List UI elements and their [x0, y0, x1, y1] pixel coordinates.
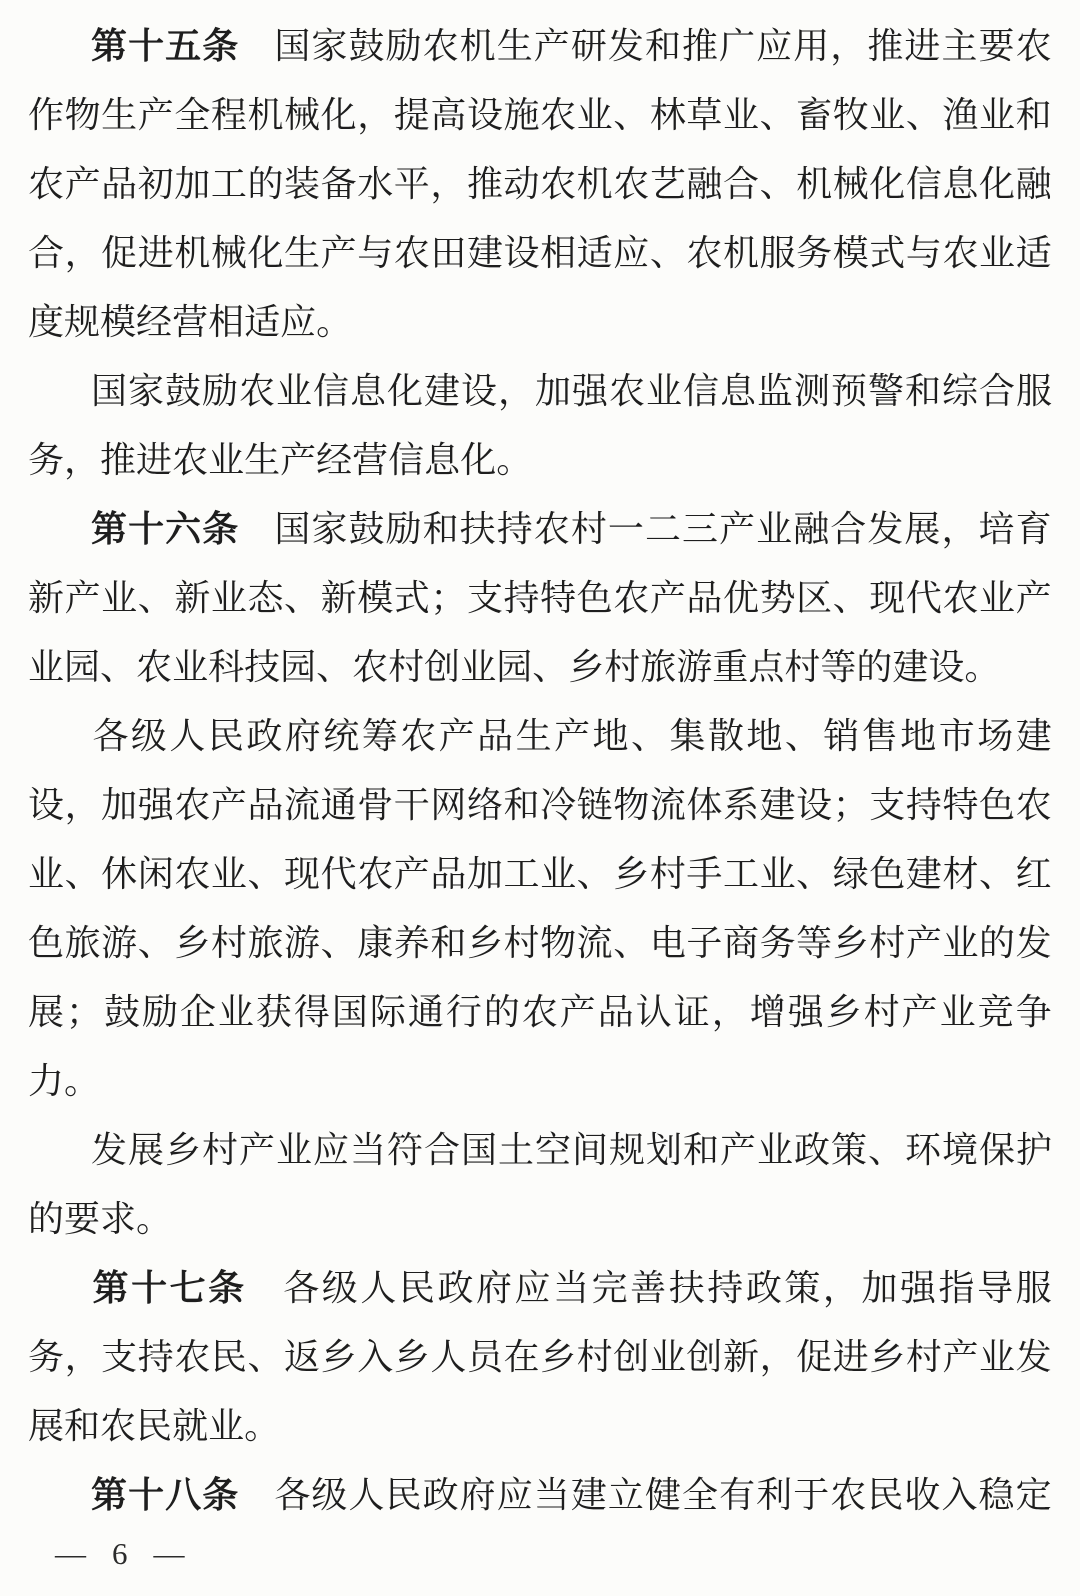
- page-number: 6: [112, 1538, 128, 1569]
- glyph: 业: [211, 580, 247, 616]
- glyph: 机: [247, 97, 283, 133]
- glyph: 建: [571, 1477, 607, 1513]
- article-heading-line: 第十五条国家鼓励农机生产研发和推广应用，推进主要农: [28, 11, 1052, 80]
- glyph: 服: [1016, 373, 1052, 409]
- glyph: 。: [136, 1201, 172, 1237]
- glyph: 企: [180, 994, 216, 1030]
- footer-dash-right: —: [154, 1538, 185, 1569]
- glyph: 鼓: [348, 28, 384, 64]
- glyph: 证: [674, 994, 710, 1030]
- glyph: 售: [862, 718, 898, 754]
- glyph: 村: [577, 1339, 613, 1375]
- glyph: 集: [669, 718, 705, 754]
- glyph: 的: [979, 925, 1015, 961]
- glyph: 加: [174, 166, 210, 202]
- text-line: 度规模经营相适应。: [28, 287, 1052, 356]
- glyph: 、: [247, 856, 283, 892]
- glyph: 机: [577, 166, 613, 202]
- glyph: 环: [905, 1132, 941, 1168]
- glyph: 息: [720, 373, 756, 409]
- indent-spacer: [28, 390, 90, 391]
- glyph: 第: [91, 511, 127, 547]
- glyph: 村: [202, 1132, 238, 1168]
- glyph: 园: [64, 649, 100, 685]
- glyph: 推: [867, 28, 903, 64]
- glyph: 工: [211, 166, 247, 202]
- glyph: 息: [350, 373, 386, 409]
- glyph: 水: [357, 166, 393, 202]
- glyph: 渔: [942, 97, 978, 133]
- glyph: 养: [394, 925, 430, 961]
- glyph: 施: [504, 97, 540, 133]
- glyph: 红: [1016, 856, 1052, 892]
- glyph: 国: [274, 28, 310, 64]
- glyph: 化: [979, 166, 1015, 202]
- glyph: 民: [386, 1477, 422, 1513]
- glyph: 新: [723, 1339, 759, 1375]
- glyph: 民: [211, 1339, 247, 1375]
- glyph: ，: [941, 511, 977, 547]
- glyph: 品: [686, 580, 722, 616]
- glyph: 化: [321, 97, 357, 133]
- glyph: 系: [723, 787, 759, 823]
- glyph: 流: [650, 787, 686, 823]
- glyph: 。: [64, 1063, 100, 1099]
- text-line: 展；鼓励企业获得国际通行的农产品认证，增强乡村产业竞争: [28, 977, 1052, 1046]
- paragraph: 发展乡村产业应当符合国土空间规划和产业政策、环境保护的要求。: [28, 1115, 1052, 1253]
- glyph: 业: [208, 1408, 244, 1444]
- glyph: 农: [609, 373, 645, 409]
- glyph: 适: [1016, 235, 1052, 271]
- glyph: 级: [311, 1477, 347, 1513]
- glyph: ，: [712, 994, 748, 1030]
- glyph: 业: [940, 994, 976, 1030]
- glyph: 十: [128, 1477, 164, 1513]
- glyph: 应: [280, 304, 316, 340]
- glyph: 业: [723, 97, 759, 133]
- footer-dash-left: —: [55, 1538, 86, 1569]
- glyph: 建: [424, 373, 460, 409]
- glyph: 业: [28, 649, 64, 685]
- glyph: 培: [979, 511, 1015, 547]
- glyph: 各: [92, 718, 128, 754]
- indent-spacer: [28, 528, 90, 529]
- glyph: 等: [820, 649, 856, 685]
- glyph: 田: [430, 235, 466, 271]
- glyph: 统: [323, 718, 359, 754]
- glyph: 建: [467, 235, 503, 271]
- glyph: 重: [712, 649, 748, 685]
- glyph: 政: [423, 1477, 459, 1513]
- glyph: 业: [218, 994, 254, 1030]
- glyph: ，: [65, 235, 101, 271]
- glyph: 初: [138, 166, 174, 202]
- glyph: 技: [244, 649, 280, 685]
- glyph: 、: [577, 856, 613, 892]
- glyph: 化: [247, 235, 283, 271]
- glyph: 第: [91, 1477, 127, 1513]
- glyph: 条: [202, 1477, 238, 1513]
- glyph: 产: [65, 166, 101, 202]
- text-line: 色旅游、乡村旅游、康养和乡村物流、电子商务等乡村产业的发: [28, 908, 1052, 977]
- glyph: 骨: [357, 787, 393, 823]
- glyph: 健: [645, 1477, 681, 1513]
- glyph: 特: [540, 580, 576, 616]
- glyph: 家: [311, 511, 347, 547]
- glyph: 农: [522, 994, 558, 1030]
- glyph: 平: [394, 166, 430, 202]
- text-line: 发展乡村产业应当符合国土空间规划和产业政策、环境保护: [28, 1115, 1052, 1184]
- glyph: 科: [208, 649, 244, 685]
- glyph: 化: [460, 442, 496, 478]
- glyph: 农: [239, 373, 275, 409]
- glyph: 业: [211, 856, 247, 892]
- glyph: 备: [321, 166, 357, 202]
- glyph: 府: [285, 718, 321, 754]
- glyph: 机: [174, 235, 210, 271]
- glyph: 一: [608, 511, 644, 547]
- indent-spacer: [28, 1494, 90, 1495]
- glyph: 善: [630, 1270, 666, 1306]
- glyph: 农: [174, 856, 210, 892]
- paragraph: 第十五条国家鼓励农机生产研发和推广应用，推进主要农作物生产全程机械化，提高设施农…: [28, 11, 1052, 356]
- glyph: 民: [867, 1477, 903, 1513]
- glyph: 土: [498, 1132, 534, 1168]
- glyph: 品: [598, 994, 634, 1030]
- glyph: 模: [833, 235, 869, 271]
- glyph: 代: [906, 580, 942, 616]
- glyph: 务: [760, 925, 796, 961]
- glyph: 业: [276, 1132, 312, 1168]
- glyph: 得: [294, 994, 330, 1030]
- glyph: 要: [979, 28, 1015, 64]
- text-line: 合，促进机械化生产与农田建设相适应、农机服务模式与农业适: [28, 218, 1052, 287]
- glyph: 链: [577, 787, 613, 823]
- glyph: 用: [793, 28, 829, 64]
- glyph: 融: [686, 166, 722, 202]
- glyph: 和: [905, 373, 941, 409]
- glyph: 服: [760, 235, 796, 271]
- glyph: 流: [577, 925, 613, 961]
- glyph: 品: [430, 856, 466, 892]
- document-body: 第十五条国家鼓励农机生产研发和推广应用，推进主要农作物生产全程机械化，提高设施农…: [28, 11, 1052, 1529]
- heading-gap: [239, 1494, 273, 1495]
- glyph: 人: [430, 1339, 466, 1375]
- glyph: 各: [274, 1477, 310, 1513]
- glyph: ，: [430, 166, 466, 202]
- glyph: 人: [360, 1270, 396, 1306]
- glyph: 业: [101, 580, 137, 616]
- glyph: 警: [868, 373, 904, 409]
- glyph: 展: [128, 1132, 164, 1168]
- paragraph: 第十七条各级人民政府应当完善扶持政策，加强指导服务，支持农民、返乡入乡人员在乡村…: [28, 1253, 1052, 1460]
- glyph: 闲: [138, 856, 174, 892]
- glyph: 商: [723, 925, 759, 961]
- glyph: 鼓: [104, 994, 140, 1030]
- glyph: 监: [757, 373, 793, 409]
- glyph: 品: [101, 166, 137, 202]
- glyph: 、: [100, 649, 136, 685]
- glyph: 立: [608, 1477, 644, 1513]
- glyph: 稳: [979, 1477, 1015, 1513]
- glyph: 于: [793, 1477, 829, 1513]
- glyph: 散: [708, 718, 744, 754]
- glyph: 家: [128, 373, 164, 409]
- glyph: 、: [785, 718, 821, 754]
- glyph: 旅: [65, 925, 101, 961]
- glyph: 物: [613, 787, 649, 823]
- glyph: ，: [64, 442, 100, 478]
- glyph: 冷: [540, 787, 576, 823]
- glyph: 业: [276, 373, 312, 409]
- glyph: 预: [831, 373, 867, 409]
- glyph: 争: [1016, 994, 1052, 1030]
- glyph: 流: [284, 787, 320, 823]
- glyph: 村: [906, 1339, 942, 1375]
- glyph: 等: [796, 925, 832, 961]
- glyph: 产: [65, 580, 101, 616]
- glyph: 和: [1016, 97, 1052, 133]
- glyph: 旅: [247, 925, 283, 961]
- text-line: 国家鼓励农业信息化建设，加强农业信息监测预警和综合服: [28, 356, 1052, 425]
- glyph: 业: [172, 649, 208, 685]
- glyph: 式: [869, 235, 905, 271]
- glyph: 际: [370, 994, 406, 1030]
- text-line: 务，推进农业生产经营信息化。: [28, 425, 1052, 494]
- glyph: 点: [748, 649, 784, 685]
- glyph: 、: [613, 97, 649, 133]
- glyph: 特: [942, 787, 978, 823]
- glyph: 推: [467, 166, 503, 202]
- glyph: 生: [284, 235, 320, 271]
- glyph: 势: [760, 580, 796, 616]
- glyph: 农: [1016, 28, 1052, 64]
- glyph: 发: [1016, 925, 1052, 961]
- glyph: 产: [719, 511, 755, 547]
- glyph: 绿: [833, 856, 869, 892]
- glyph: 府: [460, 1477, 496, 1513]
- text-line: 力。: [28, 1046, 1052, 1115]
- glyph: 营: [172, 304, 208, 340]
- glyph: 品: [247, 787, 283, 823]
- glyph: 农: [942, 235, 978, 271]
- glyph: 业: [646, 373, 682, 409]
- glyph: 园: [496, 649, 532, 685]
- text-line: 农产品初加工的装备水平，推动农机农艺融合、机械化信息化融: [28, 149, 1052, 218]
- glyph: 和: [430, 925, 466, 961]
- glyph: 产: [211, 787, 247, 823]
- glyph: 、: [613, 925, 649, 961]
- glyph: 进: [904, 28, 940, 64]
- glyph: 业: [650, 1339, 686, 1375]
- glyph: 认: [636, 994, 672, 1030]
- glyph: 强: [572, 373, 608, 409]
- glyph: 的: [856, 649, 892, 685]
- heading-gap: [239, 528, 273, 529]
- glyph: 业: [979, 97, 1015, 133]
- glyph: 应: [756, 28, 792, 64]
- glyph: 规: [64, 304, 100, 340]
- glyph: 色: [577, 580, 613, 616]
- glyph: 测: [794, 373, 830, 409]
- glyph: 通: [321, 787, 357, 823]
- glyph: 发: [867, 511, 903, 547]
- glyph: 产: [321, 235, 357, 271]
- glyph: 与: [357, 235, 393, 271]
- glyph: 国: [274, 511, 310, 547]
- glyph: 、: [532, 649, 568, 685]
- glyph: 经: [136, 304, 172, 340]
- glyph: 模: [357, 580, 393, 616]
- glyph: 融: [793, 511, 829, 547]
- glyph: 、: [631, 718, 667, 754]
- glyph: 村: [864, 994, 900, 1030]
- paragraph: 第十八条各级人民政府应当建立健全有利于农民收入稳定: [28, 1460, 1052, 1529]
- glyph: 设: [928, 649, 964, 685]
- glyph: 村: [604, 649, 640, 685]
- glyph: 装: [284, 166, 320, 202]
- glyph: 电: [650, 925, 686, 961]
- glyph: 式: [394, 580, 430, 616]
- glyph: 有: [719, 1477, 755, 1513]
- indent-spacer: [28, 735, 90, 736]
- glyph: 产: [534, 28, 570, 64]
- glyph: 农: [534, 511, 570, 547]
- glyph: 动: [504, 166, 540, 202]
- glyph: 保: [979, 1132, 1015, 1168]
- glyph: 产: [1016, 580, 1052, 616]
- glyph: 鼓: [165, 373, 201, 409]
- glyph: 生: [101, 97, 137, 133]
- text-line: 业、休闲农业、现代农产品加工业、乡村手工业、绿色建材、红: [28, 839, 1052, 908]
- glyph: 息: [424, 442, 460, 478]
- indent-spacer: [28, 45, 90, 46]
- glyph: 、: [138, 925, 174, 961]
- glyph: 村: [650, 856, 686, 892]
- glyph: 村: [869, 925, 905, 961]
- glyph: 收: [904, 1477, 940, 1513]
- glyph: 各: [283, 1270, 319, 1306]
- glyph: 进: [833, 1339, 869, 1375]
- glyph: 网: [430, 787, 466, 823]
- glyph: 乡: [826, 994, 862, 1030]
- glyph: 国: [461, 1132, 497, 1168]
- glyph: 国: [332, 994, 368, 1030]
- glyph: 、: [247, 1339, 283, 1375]
- glyph: 高: [430, 97, 466, 133]
- glyph: 务: [796, 235, 832, 271]
- glyph: 八: [165, 1477, 201, 1513]
- article-heading-line: 第十六条国家鼓励和扶持农村一二三产业融合发展，培育: [28, 494, 1052, 563]
- glyph: 政: [437, 1270, 473, 1306]
- glyph: 械: [833, 166, 869, 202]
- glyph: ，: [357, 97, 393, 133]
- glyph: 指: [939, 1270, 975, 1306]
- glyph: 现: [284, 856, 320, 892]
- glyph: 、: [833, 580, 869, 616]
- glyph: 村: [504, 925, 540, 961]
- glyph: 的: [28, 1201, 64, 1237]
- glyph: 色: [979, 787, 1015, 823]
- glyph: 、: [868, 1132, 904, 1168]
- glyph: 推: [682, 28, 718, 64]
- glyph: 励: [386, 511, 422, 547]
- glyph: 的: [484, 994, 520, 1030]
- glyph: 强: [788, 994, 824, 1030]
- glyph: 入: [941, 1477, 977, 1513]
- glyph: 产: [138, 97, 174, 133]
- glyph: 创: [424, 649, 460, 685]
- glyph: 地: [593, 718, 629, 754]
- glyph: 民: [208, 718, 244, 754]
- glyph: 发: [608, 28, 644, 64]
- glyph: 机: [723, 235, 759, 271]
- glyph: 村: [571, 511, 607, 547]
- glyph: 业: [540, 856, 576, 892]
- glyph: 励: [386, 28, 422, 64]
- glyph: 员: [467, 1339, 503, 1375]
- glyph: 加: [101, 787, 137, 823]
- glyph: 服: [1016, 1270, 1052, 1306]
- glyph: 度: [28, 304, 64, 340]
- glyph: 符: [387, 1132, 423, 1168]
- text-line: 作物生产全程机械化，提高设施农业、林草业、畜牧业、渔业和: [28, 80, 1052, 149]
- article-heading-line: 第十八条各级人民政府应当建立健全有利于农民收入稳定: [28, 1460, 1052, 1529]
- glyph: 草: [686, 97, 722, 133]
- glyph: 农: [686, 235, 722, 271]
- glyph: 优: [723, 580, 759, 616]
- glyph: 游: [101, 925, 137, 961]
- glyph: 、: [979, 856, 1015, 892]
- glyph: 应: [313, 1132, 349, 1168]
- paragraph: 各级人民政府统筹农产品生产地、集散地、销售地市场建设，加强农产品流通骨干网络和冷…: [28, 701, 1052, 1115]
- glyph: 品: [477, 718, 513, 754]
- indent-spacer: [28, 1149, 90, 1150]
- glyph: 合: [28, 235, 64, 271]
- glyph: 政: [746, 1270, 782, 1306]
- glyph: 业: [979, 1339, 1015, 1375]
- glyph: 产: [906, 925, 942, 961]
- glyph: 励: [202, 373, 238, 409]
- glyph: 、: [796, 856, 832, 892]
- glyph: 增: [750, 994, 786, 1030]
- glyph: 业: [757, 1132, 793, 1168]
- glyph: 规: [609, 1132, 645, 1168]
- glyph: 。: [244, 1408, 280, 1444]
- glyph: 作: [28, 97, 64, 133]
- glyph: 物: [540, 925, 576, 961]
- glyph: 业: [760, 856, 796, 892]
- glyph: ，: [65, 1339, 101, 1375]
- glyph: 获: [256, 994, 292, 1030]
- glyph: 材: [942, 856, 978, 892]
- glyph: 模: [100, 304, 136, 340]
- glyph: 力: [28, 1063, 64, 1099]
- glyph: 应: [515, 1270, 551, 1306]
- glyph: 条: [202, 511, 238, 547]
- glyph: 农: [400, 718, 436, 754]
- glyph: 七: [170, 1270, 206, 1306]
- glyph: 民: [136, 1408, 172, 1444]
- glyph: 乡: [174, 925, 210, 961]
- glyph: 农: [1016, 787, 1052, 823]
- glyph: 策: [831, 1132, 867, 1168]
- glyph: 和: [683, 1132, 719, 1168]
- glyph: 产: [554, 718, 590, 754]
- glyph: 二: [645, 511, 681, 547]
- glyph: 地: [900, 718, 936, 754]
- glyph: 和: [645, 28, 681, 64]
